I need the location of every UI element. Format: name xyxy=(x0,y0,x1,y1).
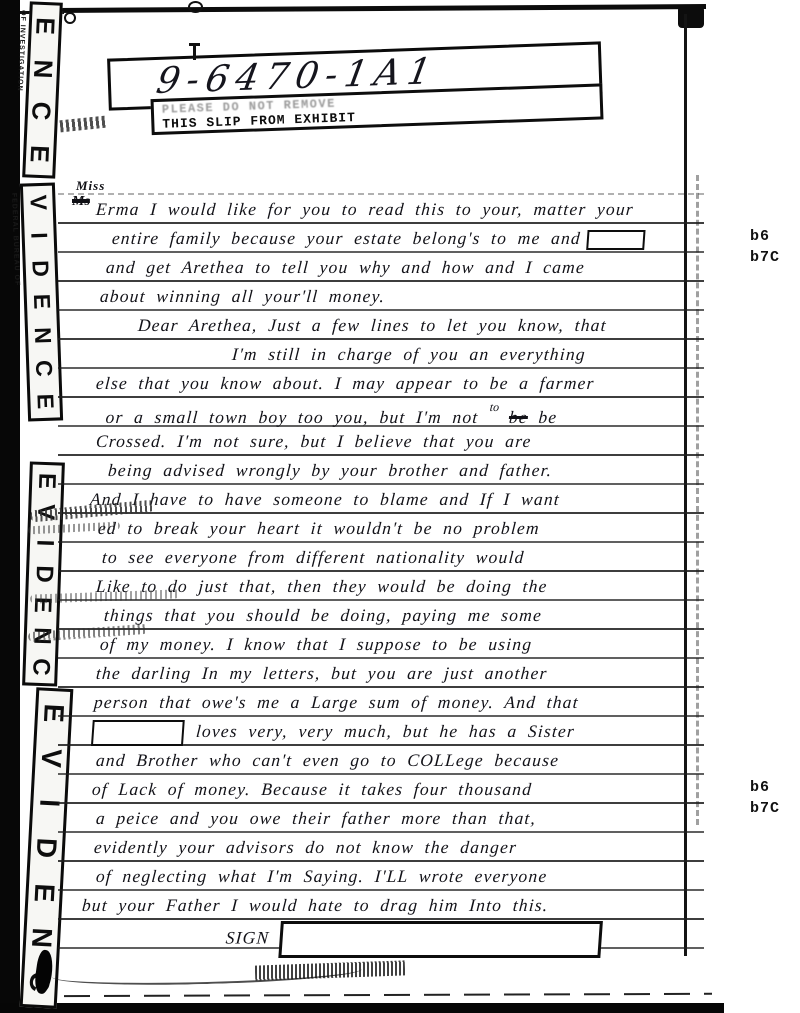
tape-letter: V xyxy=(37,748,66,768)
ruled-line xyxy=(58,280,704,282)
tape-letter: E xyxy=(34,472,59,489)
letter-line: and Brother who can't even go to COLLege… xyxy=(95,747,560,773)
letter-line: of Lack of money. Because it takes four … xyxy=(91,776,533,802)
letter-line: of neglecting what I'm Saying. I'LL wrot… xyxy=(95,863,548,889)
tape-letter: E xyxy=(30,883,59,903)
ruled-line xyxy=(58,338,704,340)
pin-mark-icon xyxy=(189,43,200,46)
letter-line: being advised wrongly by your brother an… xyxy=(107,457,553,483)
exhibit-slip: 9-6470-1A1 PLEASE DO NOT REMOVE THIS SLI… xyxy=(105,31,608,130)
letter-line: else that you know about. I may appear t… xyxy=(95,370,596,396)
ruled-line xyxy=(58,454,704,456)
ruled-line xyxy=(58,570,704,572)
letter-line: but your Father I would hate to drag him… xyxy=(81,892,549,918)
ruled-line xyxy=(58,222,704,224)
ruled-line xyxy=(58,686,704,688)
redaction-box xyxy=(91,720,185,746)
ruled-line xyxy=(58,599,704,601)
paper-corner-artifact xyxy=(678,6,704,28)
tape-letter: E xyxy=(33,393,57,409)
ruled-line xyxy=(58,367,704,369)
tape-letter: E xyxy=(30,294,54,310)
paper-right-torn-edge xyxy=(696,175,699,825)
salutation-struck-out: Ms xyxy=(72,194,90,210)
tape-letter: N xyxy=(27,927,56,949)
ruled-line xyxy=(58,483,704,485)
signature-redaction-box xyxy=(278,921,603,958)
evidence-tape-strip: EVIDENC xyxy=(22,461,65,686)
ruled-line xyxy=(58,715,704,717)
paper-right-edge xyxy=(684,14,687,956)
evidence-tape-strip: FEDERAL BUREAU OFVIDENCE xyxy=(20,182,63,421)
letter-line: or a small town boy too you, but I'm not… xyxy=(105,399,559,425)
letter-line: a peice and you owe their father more th… xyxy=(95,805,537,831)
letter-line: Dear Arethea, Just a few lines to let yo… xyxy=(137,312,608,338)
letter-line: and get Arethea to tell you why and how … xyxy=(105,254,586,280)
foia-code: b6 xyxy=(750,777,780,798)
letter-line: person that owe's me a Large sum of mone… xyxy=(93,689,580,715)
tape-letter: C xyxy=(28,658,53,676)
tape-letter: E xyxy=(39,704,68,724)
salutation-correction: Miss xyxy=(76,178,105,194)
staple-hole-icon xyxy=(64,12,76,24)
letter-line: the darling In my letters, but you are j… xyxy=(95,660,548,686)
foia-code: b6 xyxy=(750,226,780,247)
foia-code: b7C xyxy=(750,798,780,819)
scan-bottom-band xyxy=(0,1003,724,1013)
scan-artifact xyxy=(59,116,106,133)
ruled-line xyxy=(58,773,704,775)
ruled-line xyxy=(58,193,704,195)
letter-line: entire family because your estate belong… xyxy=(111,225,646,251)
ruled-line xyxy=(58,396,704,398)
letter-line: things that you should be doing, paying … xyxy=(103,602,543,628)
ruled-line xyxy=(58,831,704,833)
paper-bottom-edge xyxy=(24,993,712,997)
letter-line: evidently your advisors do not know the … xyxy=(93,834,518,860)
tape-letter: E xyxy=(26,144,53,162)
ruled-line xyxy=(58,309,704,311)
tape-letter: I xyxy=(28,232,51,239)
tape-letter: D xyxy=(32,837,61,859)
ruled-line xyxy=(58,802,704,804)
signature-line: SIGN xyxy=(225,921,603,947)
letter-line: And I have to have someone to blame and … xyxy=(89,486,561,512)
ruled-line xyxy=(58,860,704,862)
tape-letter: I xyxy=(32,539,56,547)
letter-line: ed to break your heart it wouldn't be no… xyxy=(97,515,541,541)
ruled-line xyxy=(58,918,704,920)
paper-top-edge xyxy=(56,4,706,13)
ruled-line xyxy=(58,512,704,514)
ruled-line xyxy=(58,889,704,891)
letter-line: of my money. I know that I suppose to be… xyxy=(99,631,533,657)
pin-mark-icon xyxy=(193,45,196,60)
staple-hole-icon xyxy=(188,1,203,13)
tape-letter: D xyxy=(29,260,53,277)
tape-letter: C xyxy=(28,101,55,121)
tape-letter: C xyxy=(32,360,56,377)
tape-letter: N xyxy=(31,326,55,343)
tape-letter: N xyxy=(30,59,57,79)
letter-line: Erma I would like for you to read this t… xyxy=(95,196,635,222)
ruled-line xyxy=(58,541,704,543)
evidence-tape-strip: OF INVESTIGATIONENCE xyxy=(22,1,63,178)
redaction-box xyxy=(586,230,645,250)
tape-letter: E xyxy=(32,17,59,35)
ruled-line xyxy=(58,251,704,253)
scanned-letter-page: { "evidence_tape": { "strips": [ {"lette… xyxy=(0,0,800,1013)
letter-line: I'm still in charge of you an everything xyxy=(231,341,587,367)
foia-exemption-codes-lower: b6 b7C xyxy=(750,777,780,819)
tape-letter: D xyxy=(31,565,56,583)
foia-exemption-codes-upper: b6 b7C xyxy=(750,226,780,268)
ruled-line xyxy=(58,657,704,659)
letter-line: to see everyone from different nationali… xyxy=(101,544,525,570)
letter-line: Crossed. I'm not sure, but I believe tha… xyxy=(95,428,532,454)
tape-letter: V xyxy=(26,195,50,211)
ruled-line xyxy=(58,628,704,630)
letter-line: loves very, very much, but he has a Sist… xyxy=(91,718,576,744)
foia-code: b7C xyxy=(750,247,780,268)
letter-line: about winning all your'll money. xyxy=(99,283,386,309)
scan-black-edge xyxy=(0,0,20,1013)
